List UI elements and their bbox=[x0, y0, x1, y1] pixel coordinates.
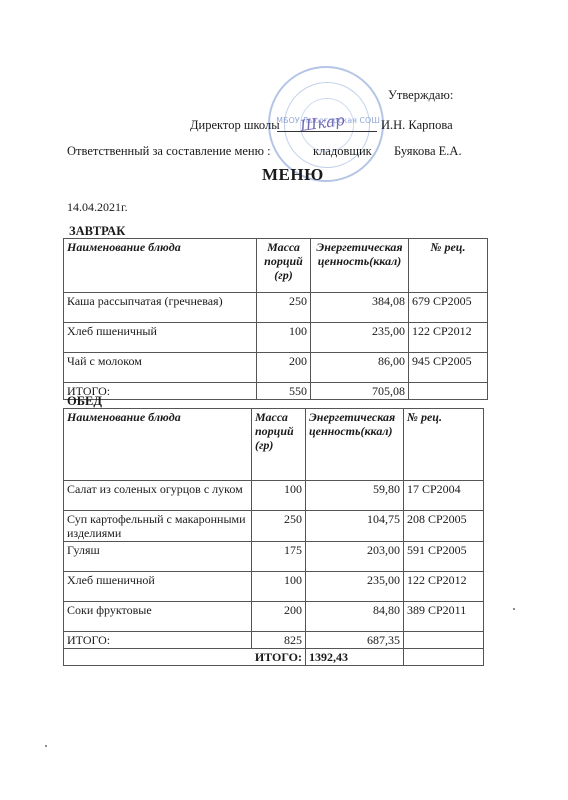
table-row: Хлеб пшеничной100235,00122 СР2012 bbox=[64, 572, 484, 602]
cell-recipe: 122 СР2012 bbox=[404, 572, 484, 602]
responsible-label: Ответственный за составление меню : bbox=[67, 144, 271, 159]
lunch-table: Наименование блюда Масса порций (гр) Эне… bbox=[63, 408, 484, 666]
table-row: Гуляш175203,00591 СР2005 bbox=[64, 542, 484, 572]
cell-recipe: 389 СР2011 bbox=[404, 602, 484, 632]
cell-mass: 100 bbox=[252, 481, 306, 511]
column-header-recipe: № рец. bbox=[404, 409, 484, 481]
column-header-mass: Масса порций (гр) bbox=[252, 409, 306, 481]
cell-energy: 235,00 bbox=[311, 323, 409, 353]
scan-speck bbox=[513, 608, 515, 610]
grand-total-row: ИТОГО: 1392,43 bbox=[64, 649, 484, 666]
cell-mass: 175 bbox=[252, 542, 306, 572]
total-mass: 550 bbox=[257, 383, 311, 400]
cell-mass: 250 bbox=[252, 511, 306, 542]
table-row: Соки фруктовые20084,80389 СР2011 bbox=[64, 602, 484, 632]
cell-mass: 200 bbox=[257, 353, 311, 383]
cell-name: Чай с молоком bbox=[64, 353, 257, 383]
section-breakfast-label: ЗАВТРАК bbox=[69, 224, 125, 239]
responsible-name: Буякова Е.А. bbox=[394, 144, 462, 159]
column-header-energy: Энергетическая ценность(ккал) bbox=[306, 409, 404, 481]
cell-recipe: 122 СР2012 bbox=[409, 323, 488, 353]
section-lunch-label: ОБЕД bbox=[67, 394, 102, 409]
cell-name: Суп картофельный с макаронными изделиями bbox=[64, 511, 252, 542]
cell-energy: 384,08 bbox=[311, 293, 409, 323]
cell-name: Салат из соленых огурцов с луком bbox=[64, 481, 252, 511]
cell-recipe: 591 СР2005 bbox=[404, 542, 484, 572]
table-header-row: Наименование блюда Масса порций (гр) Эне… bbox=[64, 409, 484, 481]
grand-total-empty bbox=[404, 649, 484, 666]
total-energy: 705,08 bbox=[311, 383, 409, 400]
column-header-energy: Энергетическая ценность(ккал) bbox=[311, 239, 409, 293]
breakfast-total-row: ИТОГО: 550 705,08 bbox=[64, 383, 488, 400]
table-row: Салат из соленых огурцов с луком10059,80… bbox=[64, 481, 484, 511]
cell-energy: 104,75 bbox=[306, 511, 404, 542]
cell-recipe: 679 СР2005 bbox=[409, 293, 488, 323]
cell-energy: 235,00 bbox=[306, 572, 404, 602]
total-energy: 687,35 bbox=[306, 632, 404, 649]
total-mass: 825 bbox=[252, 632, 306, 649]
breakfast-table: Наименование блюда Масса порций (гр) Эне… bbox=[63, 238, 488, 400]
cell-name: Хлеб пшеничный bbox=[64, 323, 257, 353]
table-row: Каша рассыпчатая (гречневая)250384,08679… bbox=[64, 293, 488, 323]
scan-speck bbox=[45, 745, 47, 747]
column-header-name: Наименование блюда bbox=[64, 239, 257, 293]
table-row: Чай с молоком20086,00945 СР2005 bbox=[64, 353, 488, 383]
cell-energy: 59,80 bbox=[306, 481, 404, 511]
column-header-mass: Масса порций (гр) bbox=[257, 239, 311, 293]
menu-date: 14.04.2021г. bbox=[67, 200, 128, 215]
cell-name: Соки фруктовые bbox=[64, 602, 252, 632]
grand-total-energy: 1392,43 bbox=[306, 649, 404, 666]
cell-mass: 250 bbox=[257, 293, 311, 323]
cell-name: Хлеб пшеничной bbox=[64, 572, 252, 602]
cell-name: Гуляш bbox=[64, 542, 252, 572]
total-recipe-empty bbox=[409, 383, 488, 400]
director-name: И.Н. Карпова bbox=[381, 118, 453, 133]
director-label: Директор школы bbox=[190, 118, 280, 133]
table-row: Хлеб пшеничный100235,00122 СР2012 bbox=[64, 323, 488, 353]
cell-recipe: 17 СР2004 bbox=[404, 481, 484, 511]
total-recipe-empty bbox=[404, 632, 484, 649]
cell-energy: 86,00 bbox=[311, 353, 409, 383]
page-title: МЕНЮ bbox=[262, 165, 324, 185]
cell-mass: 200 bbox=[252, 602, 306, 632]
column-header-recipe: № рец. bbox=[409, 239, 488, 293]
responsible-role: кладовщик bbox=[313, 144, 372, 159]
cell-mass: 100 bbox=[252, 572, 306, 602]
cell-recipe: 208 СР2005 bbox=[404, 511, 484, 542]
grand-total-label: ИТОГО: bbox=[64, 649, 306, 666]
approval-label: Утверждаю: bbox=[388, 88, 453, 103]
cell-energy: 203,00 bbox=[306, 542, 404, 572]
table-header-row: Наименование блюда Масса порций (гр) Эне… bbox=[64, 239, 488, 293]
cell-mass: 100 bbox=[257, 323, 311, 353]
total-label: ИТОГО: bbox=[64, 632, 252, 649]
cell-recipe: 945 СР2005 bbox=[409, 353, 488, 383]
column-header-name: Наименование блюда bbox=[64, 409, 252, 481]
lunch-total-row: ИТОГО: 825 687,35 bbox=[64, 632, 484, 649]
table-row: Суп картофельный с макаронными изделиями… bbox=[64, 511, 484, 542]
cell-energy: 84,80 bbox=[306, 602, 404, 632]
cell-name: Каша рассыпчатая (гречневая) bbox=[64, 293, 257, 323]
